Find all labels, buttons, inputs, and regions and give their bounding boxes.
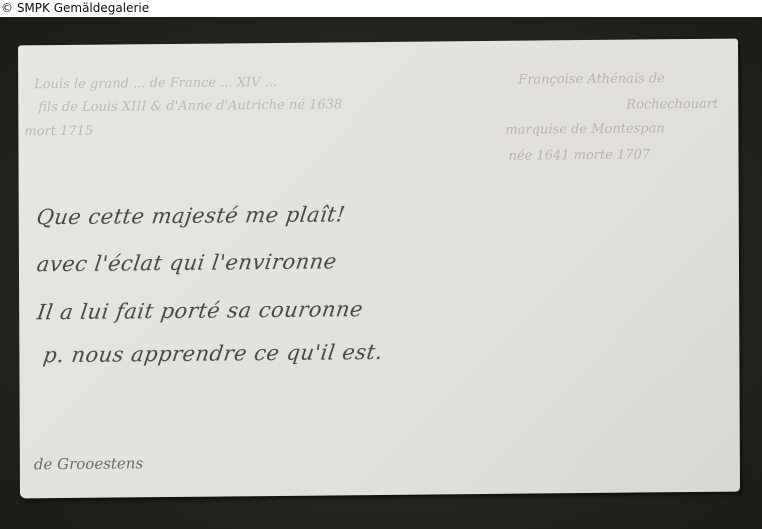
note-top-left-line-3: mort 1715 xyxy=(24,124,93,140)
note-top-right-line-2: Rochechouart xyxy=(626,97,718,113)
note-top-right-line-4: née 1641 morte 1707 xyxy=(508,147,650,163)
poem-line-3: Il a lui fait porté sa couronne xyxy=(36,297,365,324)
note-top-left-line-2: fils de Louis XIII & d'Anne d'Autriche n… xyxy=(38,97,342,115)
note-top-left-line-1: Louis le grand ... de France ... XIV ... xyxy=(34,75,277,92)
copyright-credit: © SMPK Gemäldegalerie xyxy=(0,0,149,17)
signature: de Grooestens xyxy=(34,454,143,473)
note-top-right-line-1: Françoise Athénaïs de xyxy=(518,71,665,87)
note-top-right-line-3: marquise de Montespan xyxy=(505,121,664,138)
poem-line-4: p. nous apprendre ce qu'il est. xyxy=(42,340,385,367)
manuscript-card: Louis le grand ... de France ... XIV ...… xyxy=(18,39,740,499)
poem-line-2: avec l'éclat qui l'environne xyxy=(35,249,338,276)
poem-line-1: Que cette majesté me plaît! xyxy=(35,202,347,229)
photograph: Louis le grand ... de France ... XIV ...… xyxy=(0,17,762,529)
